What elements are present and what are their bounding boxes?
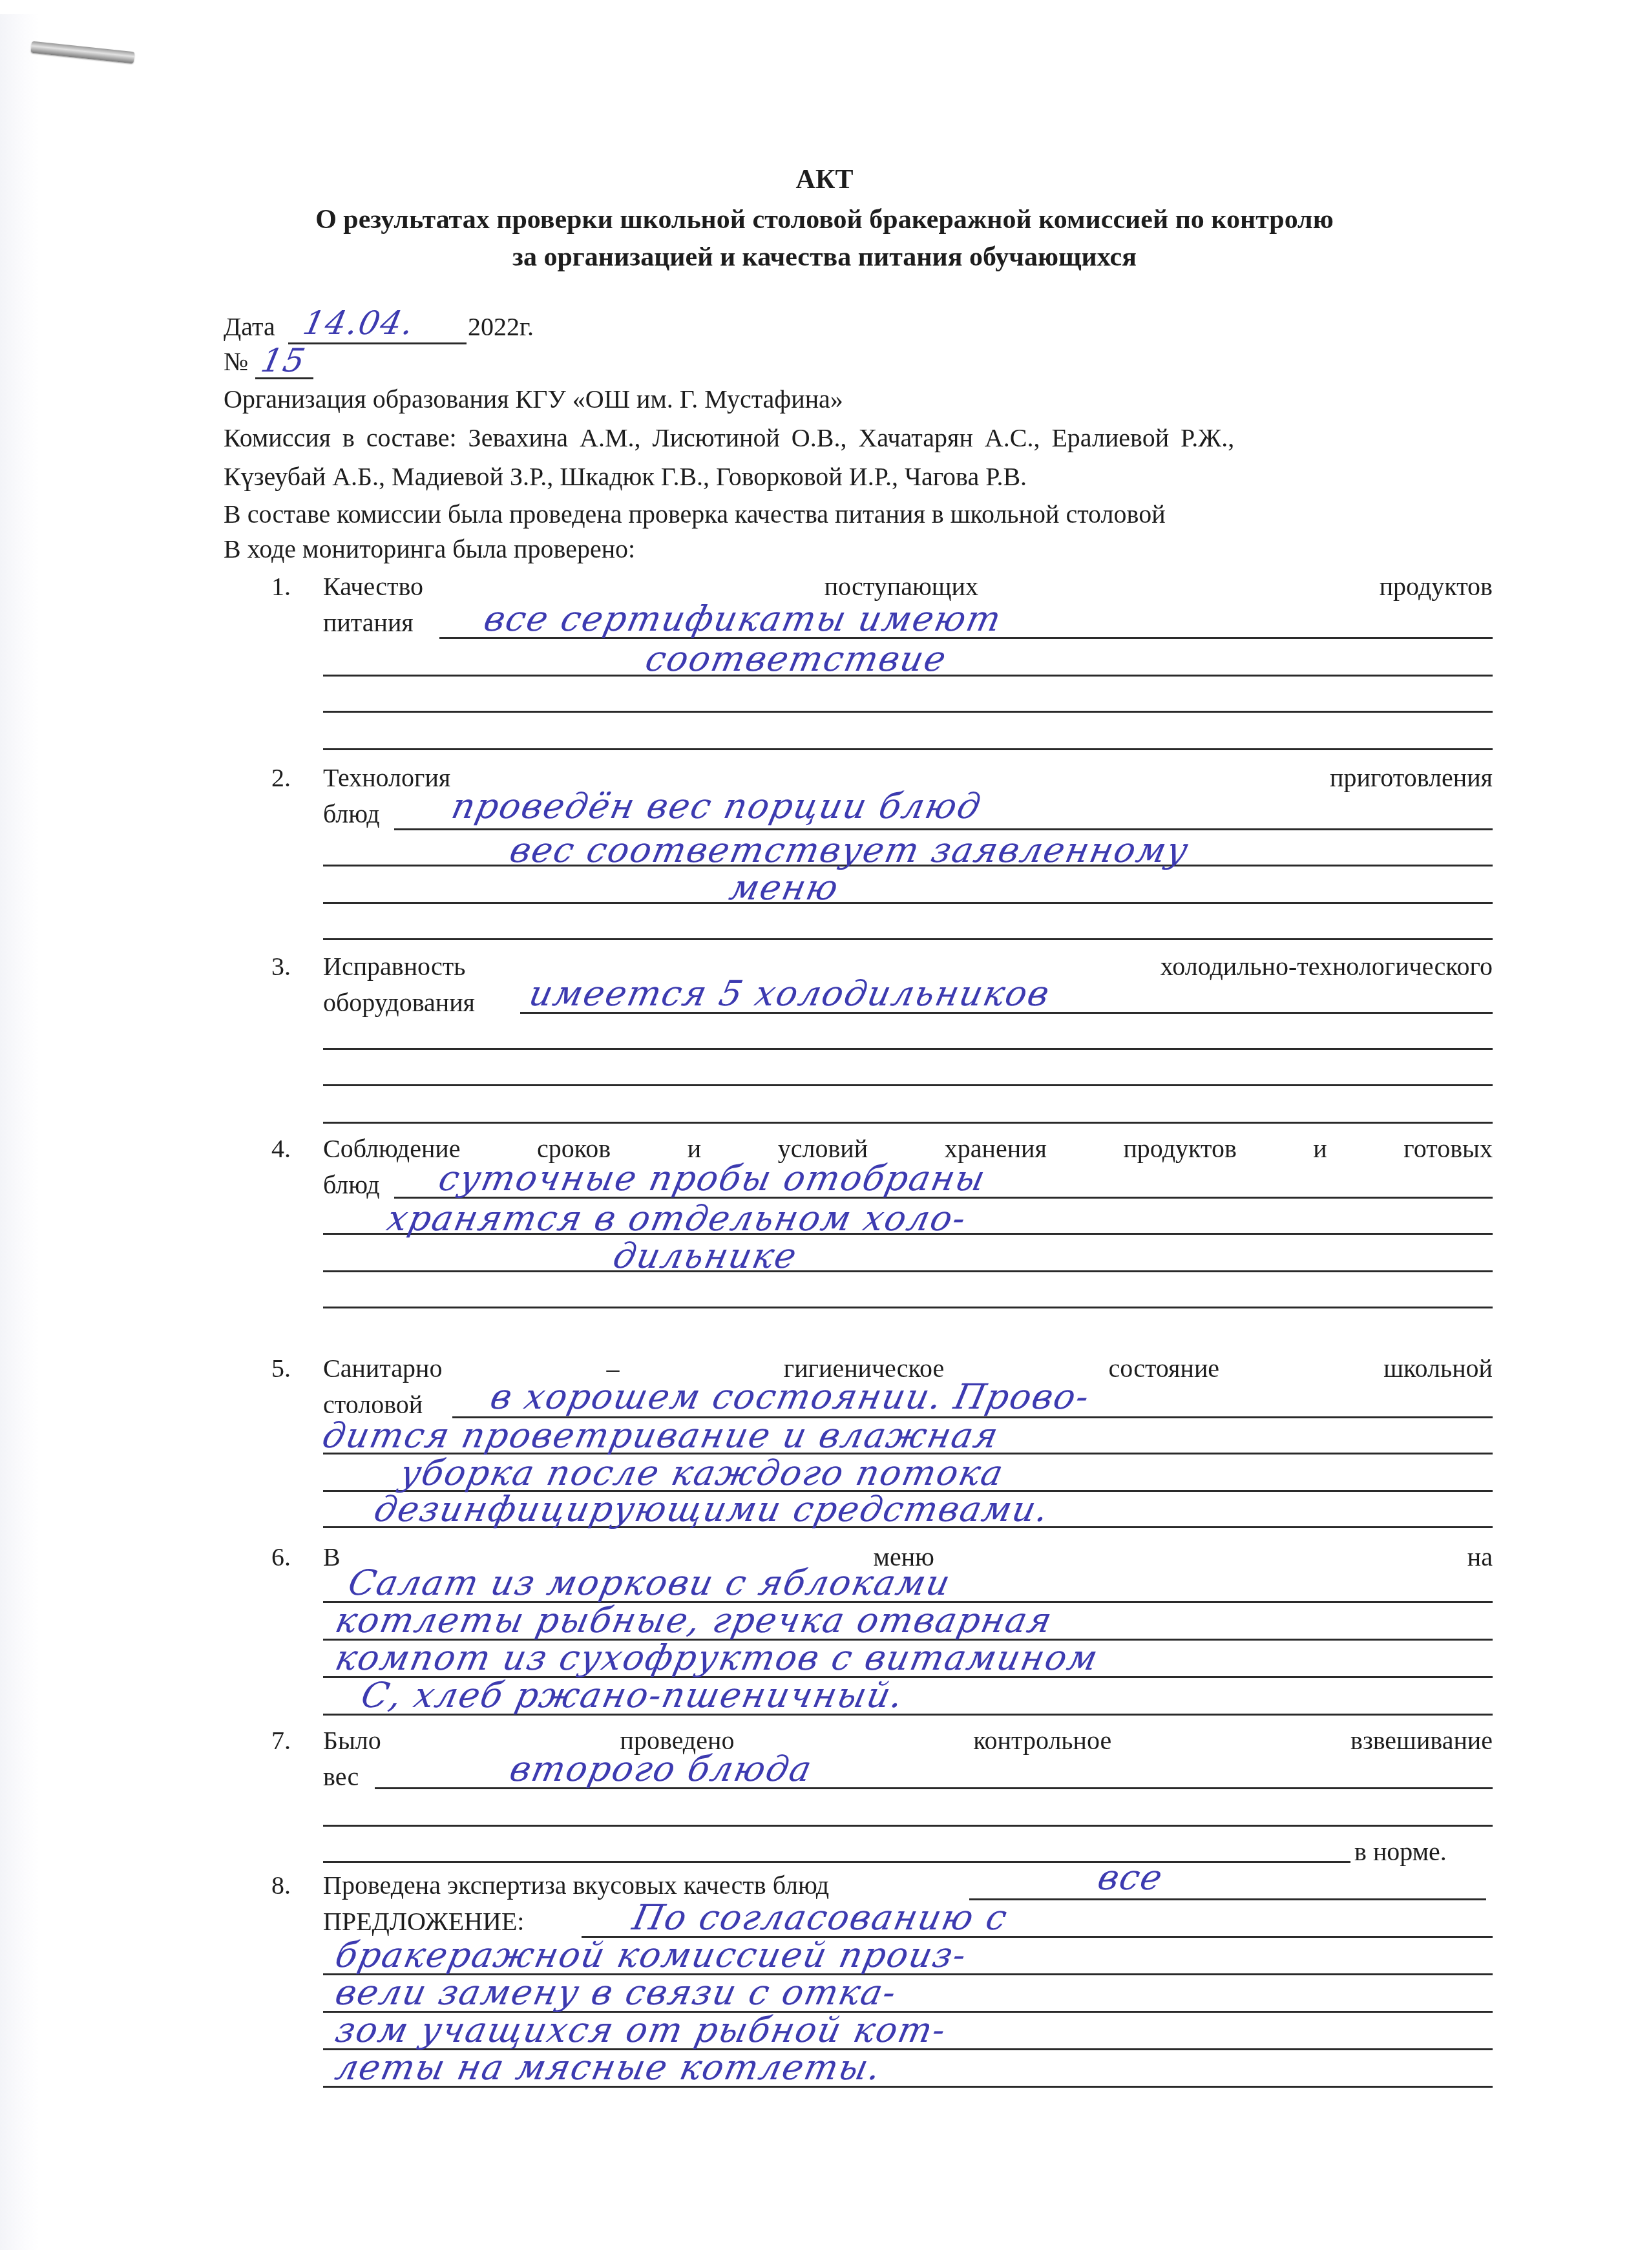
item-number: 8. <box>271 1869 291 1902</box>
proposal-answer[interactable]: леты на мясные котлеты. <box>332 2048 885 2087</box>
item-label-cont: вес <box>323 1760 359 1794</box>
scanned-document-page: АКТ О результатах проверки школьной стол… <box>0 0 1649 2268</box>
date-label: Дата <box>224 310 275 344</box>
answer-line <box>323 938 1493 940</box>
item-answer[interactable]: имеется 5 холодильников <box>526 974 1054 1013</box>
answer-line <box>323 1084 1493 1086</box>
proposal-label: ПРЕДЛОЖЕНИЕ: <box>323 1905 524 1938</box>
scan-shadow <box>0 14 39 2250</box>
item-answer[interactable]: все <box>1095 1858 1167 1897</box>
item-answer[interactable]: вес соответствует заявленному <box>507 831 1193 870</box>
proposal-answer[interactable]: вели замену в связи с отка- <box>332 1973 901 2012</box>
answer-line <box>323 1122 1493 1124</box>
date-suffix: 2022г. <box>468 310 534 344</box>
item-answer[interactable]: дильнике <box>610 1237 801 1276</box>
number-label: № <box>224 345 248 379</box>
document-subtitle-line2: за организацией и качества питания обуча… <box>0 239 1649 275</box>
proposal-answer[interactable]: зом учащихся от рыбной кот- <box>332 2011 951 2050</box>
statement-text: В составе комиссии была проведена провер… <box>224 498 1166 531</box>
item-answer[interactable]: проведён вес порции блюд <box>448 787 985 826</box>
item-label-cont: блюд <box>323 1168 380 1202</box>
proposal-answer[interactable]: бракеражной комиссией произ- <box>332 1936 971 1975</box>
item-answer[interactable]: все сертификаты имеют <box>481 600 1005 638</box>
item-answer[interactable]: Салат из моркови с яблоками <box>345 1564 955 1602</box>
item-answer[interactable]: меню <box>726 868 843 907</box>
item-label-row: Было проведено контрольное взвешивание <box>323 1724 1493 1758</box>
answer-line <box>323 1270 1493 1272</box>
item-number: 7. <box>271 1724 291 1758</box>
document-subtitle-line1: О результатах проверки школьной столовой… <box>0 202 1649 238</box>
item-closing-text: в норме. <box>1354 1835 1447 1869</box>
answer-line <box>323 1307 1493 1308</box>
commission-line1: Комиссия в составе: Зевахина А.М., Лисют… <box>224 421 1234 455</box>
answer-line <box>323 1048 1493 1050</box>
item-number: 1. <box>271 570 291 604</box>
item-label-cont: питания <box>323 606 414 640</box>
item-answer[interactable]: соответствие <box>642 640 951 678</box>
answer-line <box>323 1825 1493 1827</box>
item-label-cont: блюд <box>323 797 380 831</box>
organization-text: Организация образования КГУ «ОШ им. Г. М… <box>224 383 843 416</box>
item-answer[interactable]: уборка после каждого потока <box>397 1454 1008 1493</box>
answer-line <box>323 1861 1350 1863</box>
date-value[interactable]: 14.04. <box>300 304 419 342</box>
item-answer[interactable]: суточные пробы отобраны <box>436 1159 990 1198</box>
item-number: 2. <box>271 761 291 795</box>
number-value[interactable]: 15 <box>258 341 310 380</box>
item-answer[interactable]: компот из сухофруктов с витамином <box>332 1639 1102 1677</box>
item-answer[interactable]: котлеты рыбные, гречка отварная <box>332 1601 1056 1640</box>
item-answer[interactable]: хранятся в отдельном холо- <box>384 1199 971 1238</box>
answer-line <box>323 748 1493 750</box>
item-number: 5. <box>271 1352 291 1385</box>
item-answer[interactable]: второго блюда <box>507 1750 816 1789</box>
item-label-cont: оборудования <box>323 986 475 1020</box>
answer-line <box>323 711 1493 713</box>
commission-line2: Күзеубай А.Б., Мадиевой З.Р., Шкадюк Г.В… <box>224 460 1027 494</box>
item-answer[interactable]: С, хлеб ржано-пшеничный. <box>358 1676 908 1715</box>
proposal-answer[interactable]: По согласованию с <box>629 1898 1012 1937</box>
answer-line <box>323 902 1493 904</box>
item-number: 4. <box>271 1132 291 1166</box>
scan-edge <box>0 0 1649 14</box>
document-title: АКТ <box>0 162 1649 198</box>
item-number: 6. <box>271 1540 291 1574</box>
staple-icon <box>30 41 134 64</box>
item-answer[interactable]: в хорошем состоянии. Прово- <box>487 1378 1094 1416</box>
answer-line <box>969 1898 1486 1900</box>
item-number: 3. <box>271 950 291 983</box>
item-answer[interactable]: дится проветривание и влажная <box>319 1416 1003 1455</box>
monitoring-intro: В ходе мониторинга была проверено: <box>224 532 635 566</box>
date-underline <box>288 342 467 344</box>
item-answer[interactable]: дезинфицирующими средствами. <box>371 1490 1053 1529</box>
